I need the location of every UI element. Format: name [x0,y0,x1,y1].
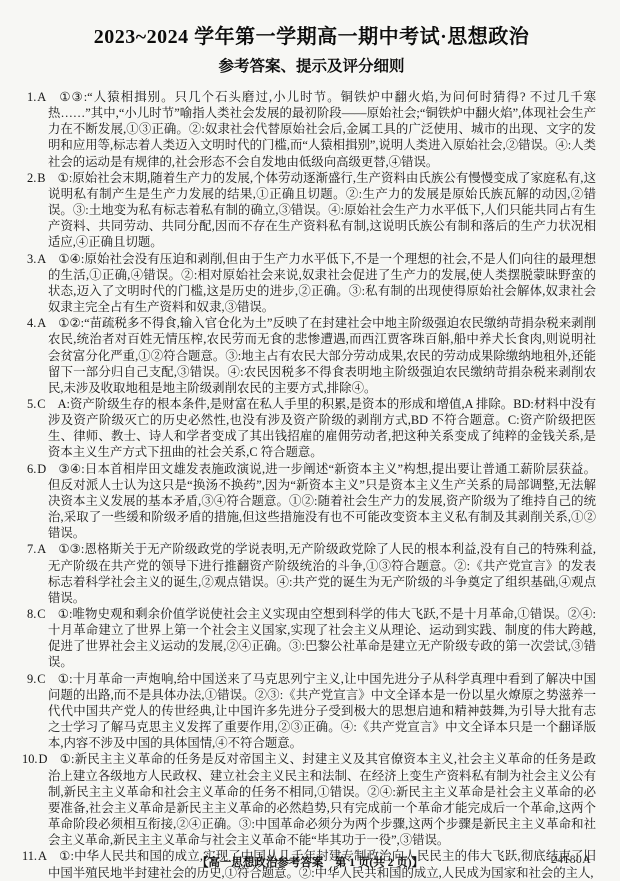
page-title: 2023~2024 学年第一学期高一期中考试·思想政治 [27,20,596,49]
answer-explanation: ①②:“苗疏税多不得食,输入官仓化为土”反映了在封建社会中地主阶级强迫农民缴纳苛… [48,316,596,395]
answer-number: 2. [27,171,36,185]
page-footer: 【高一思想政治参考答案 第 1 页(共 2 页)】 24180A [0,854,620,870]
answer-letter: A [36,90,46,104]
answer-item-4: 4.A①②:“苗疏税多不得食,输入官仓化为土”反映了在封建社会中地主阶级强迫农民… [27,315,596,396]
answer-number: 5. [27,397,36,411]
answer-item-9: 9.C①:十月革命一声炮响,给中国送来了马克思列宁主义,让中国先进分子从科学真理… [27,671,596,752]
answer-letter: C [36,607,45,621]
footer-page-label: 【高一思想政治参考答案 第 1 页(共 2 页)】 [0,854,620,870]
answer-item-2: 2.B①:原始社会末期,随着生产力的发展,个体劳动逐渐盛行,生产资料由氏族公有慢… [27,170,596,251]
answer-explanation: ①③:恩格斯关于无产阶级政党的学说表明,无产阶级政党除了人民的根本利益,没有自己… [48,542,596,604]
answer-number: 3. [27,252,36,266]
footer-paper-code: 24180A [551,854,591,866]
exam-answer-page: 2023~2024 学年第一学期高一期中考试·思想政治 参考答案、提示及评分细则… [0,0,620,881]
answer-item-6: 6.D③④:日本首相岸田文雄发表施政演说,进一步阐述“新资本主义”构想,提出要让… [27,461,596,542]
answer-explanation: ③④:日本首相岸田文雄发表施政演说,进一步阐述“新资本主义”构想,提出要让普通工… [48,462,596,541]
answer-explanation: ①③:“人猿相揖别。只几个石头磨过,小儿时节。铜铁炉中翻火焰,为问何时猜得? 不… [48,90,596,169]
answer-letter: A [36,542,46,556]
answer-explanation: A:资产阶级生存的根本条件,是财富在私人手里的积累,是资本的形成和增值,A 排除… [48,397,596,459]
answers-list: 1.A①③:“人猿相揖别。只几个石头磨过,小儿时节。铜铁炉中翻火焰,为问何时猜得… [27,89,596,881]
answer-number: 10. [22,752,38,766]
answer-letter: D [36,462,46,476]
answer-number: 8. [27,607,36,621]
answer-explanation: ①④:原始社会没有压迫和剥削,但由于生产力水平低下,不是一个理想的社会,不是人们… [48,252,596,314]
answer-letter: C [36,397,45,411]
answer-letter: B [36,171,45,185]
answer-number: 4. [27,316,36,330]
answer-number: 6. [27,462,36,476]
answer-explanation: ①:新民主主义革命的任务是反对帝国主义、封建主义及其官僚资本主义,社会主义革命的… [48,752,596,847]
answer-item-1: 1.A①③:“人猿相揖别。只几个石头磨过,小儿时节。铜铁炉中翻火焰,为问何时猜得… [27,89,596,170]
answer-item-10: 10.D①:新民主主义革命的任务是反对帝国主义、封建主义及其官僚资本主义,社会主… [27,751,596,848]
answer-explanation: ①:十月革命一声炮响,给中国送来了马克思列宁主义,让中国先进分子从科学真理中看到… [48,672,596,751]
answer-number: 7. [27,542,36,556]
answer-item-7: 7.A①③:恩格斯关于无产阶级政党的学说表明,无产阶级政党除了人民的根本利益,没… [27,541,596,606]
answer-number: 1. [27,90,36,104]
page-subtitle: 参考答案、提示及评分细则 [27,54,596,76]
answer-letter: A [36,316,46,330]
answer-item-3: 3.A①④:原始社会没有压迫和剥削,但由于生产力水平低下,不是一个理想的社会,不… [27,251,596,316]
answer-explanation: ①:原始社会末期,随着生产力的发展,个体劳动逐渐盛行,生产资料由氏族公有慢慢变成… [48,171,596,250]
answer-item-8: 8.C①:唯物史观和剩余价值学说使社会主义实现由空想到科学的伟大飞跃,不是十月革… [27,606,596,671]
answer-item-5: 5.CA:资产阶级生存的根本条件,是财富在私人手里的积累,是资本的形成和增值,A… [27,396,596,461]
answer-explanation: ①:唯物史观和剩余价值学说使社会主义实现由空想到科学的伟大飞跃,不是十月革命,①… [48,607,596,669]
answer-letter: C [36,672,45,686]
answer-letter: A [36,252,46,266]
answer-letter: D [38,752,48,766]
answer-number: 9. [27,672,36,686]
